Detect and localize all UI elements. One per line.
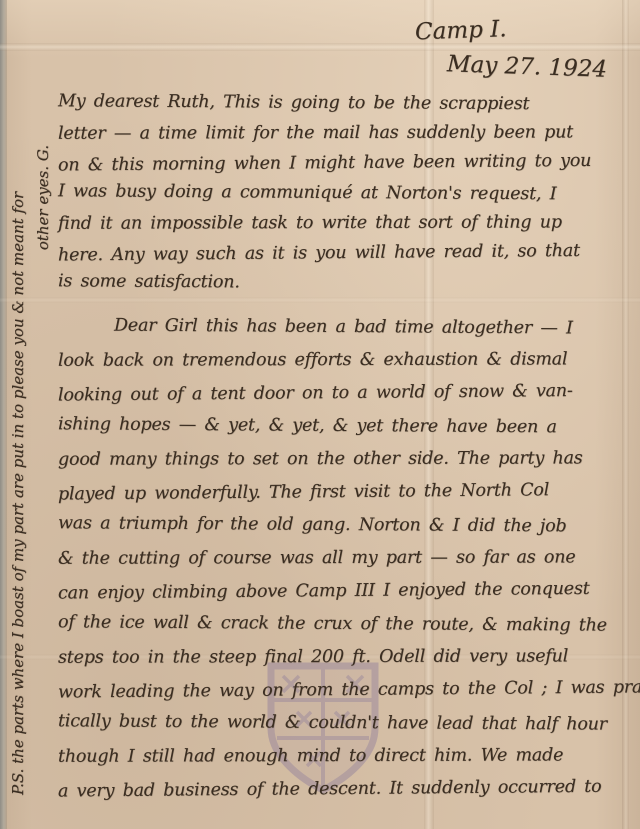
letter-body: My dearest Ruth, This is going to be the…	[58, 88, 630, 806]
letter-line: tically bust to the world & couldn't hav…	[58, 705, 630, 741]
postscript-line-1: P.S. the parts where I boast of my part …	[6, 25, 31, 795]
letter-line: played up wonderfully. The first visit t…	[58, 474, 630, 512]
letter-line: work leading the way on from the camps t…	[58, 672, 630, 710]
letter-line: was a triumph for the old gang. Norton &…	[58, 507, 630, 543]
letter-heading: Camp I. May 27. 1924	[415, 10, 607, 86]
letter-line: a very bad business of the descent. It s…	[58, 771, 630, 809]
letter-line: here. Any way such as it is you will hav…	[58, 236, 630, 271]
letter-line: looking out of a tent door on to a world…	[58, 375, 630, 413]
letter-line: ishing hopes — & yet, & yet, & yet there…	[58, 408, 630, 444]
letter-line: I was busy doing a communiqué at Norton'…	[58, 176, 630, 209]
letter-line: on & this morning when I might have been…	[58, 146, 630, 181]
letter-line: steps too in the steep final 200 ft. Ode…	[58, 640, 630, 674]
letter-line: good many things to set on the other sid…	[58, 442, 630, 476]
letter-line: of the ice wall & crack the crux of the …	[58, 606, 630, 642]
handwritten-letter-scan: P.S. the parts where I boast of my part …	[0, 0, 640, 829]
letter-line: is some satisfaction.	[58, 266, 630, 299]
paragraph-2: Dear Girl this has been a bad time altog…	[58, 311, 630, 806]
heading-location: Camp I.	[414, 7, 607, 52]
letter-line: Dear Girl this has been a bad time altog…	[58, 309, 630, 345]
letter-line: letter — a time limit for the mail has s…	[58, 117, 630, 148]
paragraph-1: My dearest Ruth, This is going to be the…	[58, 88, 630, 298]
letter-line: though I still had enough mind to direct…	[58, 739, 630, 773]
letter-line: & the cutting of course was all my part …	[58, 541, 630, 575]
letter-line: look back on tremendous efforts & exhaus…	[58, 343, 630, 377]
postscript-line-2: other eyes. G.	[31, 25, 56, 795]
letter-line: can enjoy climbing above Camp III I enjo…	[58, 573, 630, 611]
heading-date: May 27. 1924	[446, 45, 607, 89]
margin-postscript: P.S. the parts where I boast of my part …	[6, 25, 58, 795]
letter-line: find it an impossible task to write that…	[58, 207, 630, 238]
letter-line: My dearest Ruth, This is going to be the…	[58, 86, 630, 119]
